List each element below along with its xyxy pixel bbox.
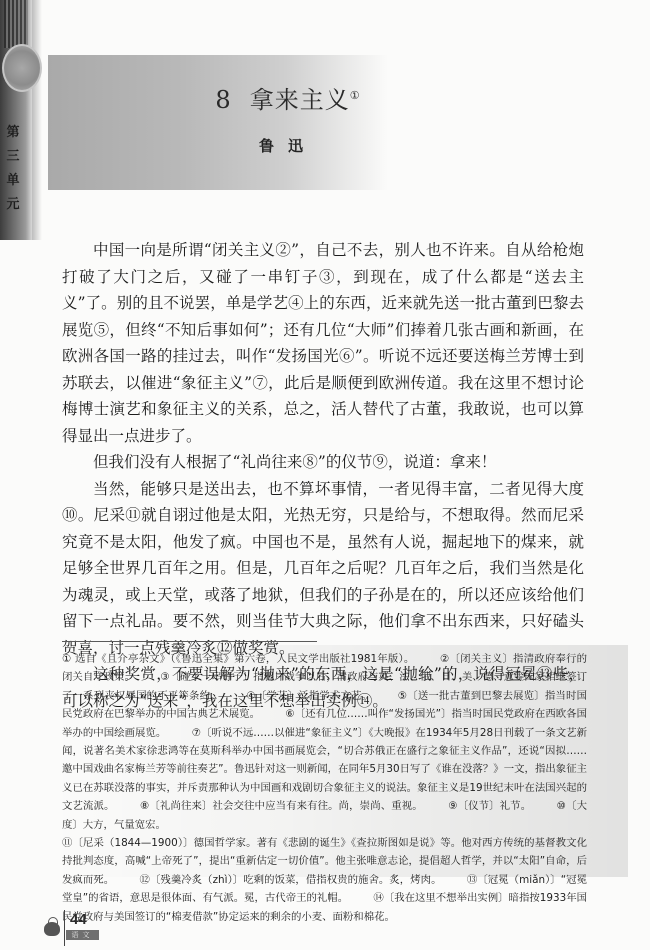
footnotes: ① 选自《且介亭杂文》（《鲁迅全集》第六卷，人民文学出版社1981年版）。 ②〔…	[62, 650, 587, 926]
unit-char: 单	[6, 174, 19, 188]
page-number: 44	[70, 911, 87, 928]
article-body: 中国一向是所谓“闭关主义②”，自己不去，别人也不许来。自从给枪炮打破了大门之后，…	[62, 237, 584, 714]
medallion-ornament-icon	[2, 44, 42, 92]
paragraph: 中国一向是所谓“闭关主义②”，自己不去，别人也不许来。自从给枪炮打破了大门之后，…	[62, 237, 584, 449]
paragraph: 当然，能够只是送出去，也不算坏事情，一者见得丰富，二者见得大度⑩。尼采⑪就自诩过…	[62, 476, 584, 662]
title-text: 拿来主义	[250, 86, 350, 114]
teapot-icon	[44, 922, 60, 936]
title-block: 8 拿来主义① 鲁迅	[48, 55, 528, 190]
unit-char: 元	[6, 198, 19, 212]
lesson-number: 8	[215, 86, 231, 114]
author-name: 鲁迅	[48, 135, 528, 156]
side-band-fade	[32, 0, 42, 240]
unit-char: 三	[6, 150, 19, 164]
paragraph: 但我们没有人根据了“礼尚往来⑧”的仪节⑨，说道：拿来！	[62, 449, 584, 476]
lesson-title: 8 拿来主义①	[215, 80, 360, 115]
title-footnote-marker: ①	[350, 89, 361, 102]
footnote: ① 选自《且介亭杂文》（《鲁迅全集》第六卷，人民文学出版社1981年版）。	[62, 653, 414, 665]
footer-divider	[64, 910, 65, 946]
unit-char: 第	[6, 126, 19, 140]
footnote: ⑧〔礼尚往来〕社会交往中应当有来有往。尚，崇尚、重视。	[140, 800, 423, 812]
footnote: ⑫〔残羹冷炙（zhì）〕吃剩的饭菜，借指权贵的施舍。炙，烤肉。	[140, 874, 442, 886]
footnote-divider	[62, 641, 317, 642]
decorative-stripes	[4, 0, 28, 48]
page-footer: 44 语文	[40, 910, 160, 946]
footnote: ④〔学艺〕泛指学术文艺。	[246, 690, 372, 702]
footnote: ⑨〔仪节〕礼节。	[448, 800, 531, 812]
unit-label: 第 三 单 元	[4, 126, 22, 212]
subject-tag: 语文	[66, 930, 99, 940]
